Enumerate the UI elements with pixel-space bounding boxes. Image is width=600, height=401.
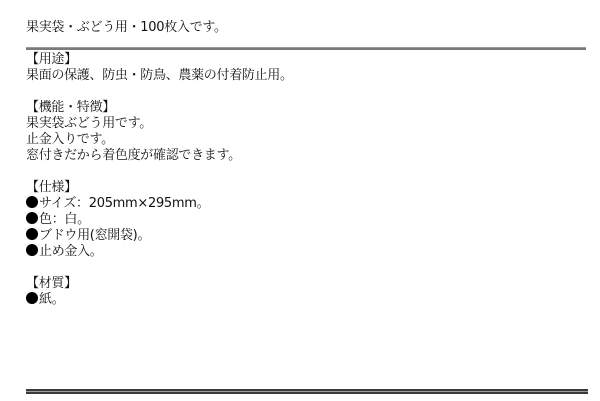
section-heading: 【仕様】	[26, 180, 586, 196]
section-material: 【材質】 紙。	[26, 276, 586, 308]
spec-item: サイズ：205mm×295mm。	[26, 196, 586, 212]
spec-color: 色：白。	[39, 212, 90, 227]
spec-clasp: 止め金入。	[39, 244, 103, 259]
section-text: 止金入りです。	[26, 132, 586, 148]
description-body: 【用途】 果面の保護、防虫・防鳥、農薬の付着防止用。 【機能・特徴】 果実袋ぶど…	[26, 52, 586, 324]
spec-type: ブドウ用(窓開袋)。	[39, 228, 150, 243]
section-text: 果面の保護、防虫・防鳥、農薬の付着防止用。	[26, 68, 586, 84]
spec-item: ブドウ用(窓開袋)。	[26, 228, 586, 244]
spec-item: 止め金入。	[26, 244, 586, 260]
bullet-icon	[26, 196, 38, 208]
spec-item: 色：白。	[26, 212, 586, 228]
section-specifications: 【仕様】 サイズ：205mm×295mm。 色：白。 ブドウ用(窓開袋)。 止め…	[26, 180, 586, 260]
top-divider	[26, 47, 586, 50]
section-usage: 【用途】 果面の保護、防虫・防鳥、農薬の付着防止用。	[26, 52, 586, 84]
bullet-icon	[26, 228, 38, 240]
spec-size: サイズ：205mm×295mm。	[39, 196, 209, 211]
section-text: 窓付きだから着色度が確認できます。	[26, 148, 586, 164]
section-features: 【機能・特徴】 果実袋ぶどう用です。 止金入りです。 窓付きだから着色度が確認で…	[26, 100, 586, 164]
material-paper: 紙。	[39, 292, 64, 307]
bottom-divider	[26, 389, 588, 394]
section-text: 果実袋ぶどう用です。	[26, 116, 586, 132]
material-item: 紙。	[26, 292, 586, 308]
bullet-icon	[26, 292, 38, 304]
product-title: 果実袋・ぶどう用・100枚入です。	[26, 20, 227, 36]
section-heading: 【材質】	[26, 276, 586, 292]
section-heading: 【機能・特徴】	[26, 100, 586, 116]
bullet-icon	[26, 212, 38, 224]
bullet-icon	[26, 244, 38, 256]
section-heading: 【用途】	[26, 52, 586, 68]
